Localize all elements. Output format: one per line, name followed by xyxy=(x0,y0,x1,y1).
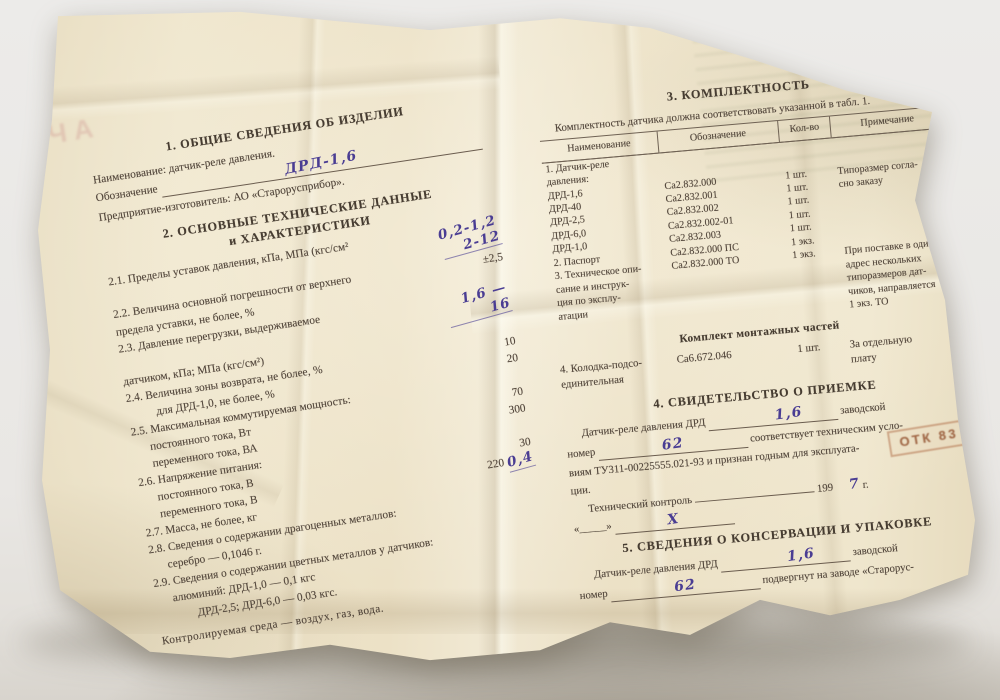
kit-name: 4. Колодка-подсо- единительная xyxy=(559,353,678,393)
paper-wrapper: ДЧА 1. ОБЩИЕ СВЕДЕНИЯ ОБ ИЗДЕЛИИ Наимено… xyxy=(0,0,1000,700)
left-page: 1. ОБЩИЕ СВЕДЕНИЯ ОБ ИЗДЕЛИИ Наименовани… xyxy=(88,88,553,649)
conservation-text-1b: заводской xyxy=(852,542,898,558)
acceptance-number-handwritten: 62 xyxy=(661,436,685,453)
year-printed: 199 xyxy=(816,482,833,495)
conservation-text-2a: номер xyxy=(579,587,608,601)
conservation-number-handwritten: 62 xyxy=(673,577,697,594)
photo-scene: ДЧА 1. ОБЩИЕ СВЕДЕНИЯ ОБ ИЗДЕЛИИ Наимено… xyxy=(0,0,1000,700)
spec-printed-value: 10 xyxy=(503,333,517,351)
date-quotes: «_____» xyxy=(573,520,612,535)
acceptance-model-handwritten: 1,6 xyxy=(758,405,803,425)
kit-quantity: 1 шт. xyxy=(797,338,852,373)
year-handwritten: 7 xyxy=(832,477,861,495)
spec-printed-value: 70 xyxy=(511,383,525,401)
paper-sheet: ДЧА 1. ОБЩИЕ СВЕДЕНИЯ ОБ ИЗДЕЛИИ Наимено… xyxy=(0,0,1000,700)
year-suffix: г. xyxy=(862,479,869,491)
right-page: 3. КОМПЛЕКТНОСТЬ Комплектность датчика д… xyxy=(536,61,983,608)
completeness-table: Наименование Обозначение Кол-во Примечан… xyxy=(540,106,960,338)
spec-printed-value: ±2,5 xyxy=(482,249,504,268)
kit-note: За отдельную плату xyxy=(849,328,964,368)
spec-printed-value: 220 xyxy=(486,455,505,473)
completeness-table-body: 1. Датчик-реле давления: xyxy=(542,128,960,338)
acceptance-text-2a: номер xyxy=(567,446,596,460)
spec-list: 2.1. Пределы уставок давления, кПа, МПа … xyxy=(107,217,549,626)
spec-printed-value: 20 xyxy=(506,349,520,367)
kit-designation: Са6.672.046 xyxy=(676,343,799,384)
acceptance-text-1b: заводской xyxy=(840,400,886,416)
conservation-model-handwritten: 1,6 xyxy=(770,546,815,566)
date-handwritten: Х xyxy=(667,512,681,528)
spec-printed-value: 300 xyxy=(508,400,527,418)
